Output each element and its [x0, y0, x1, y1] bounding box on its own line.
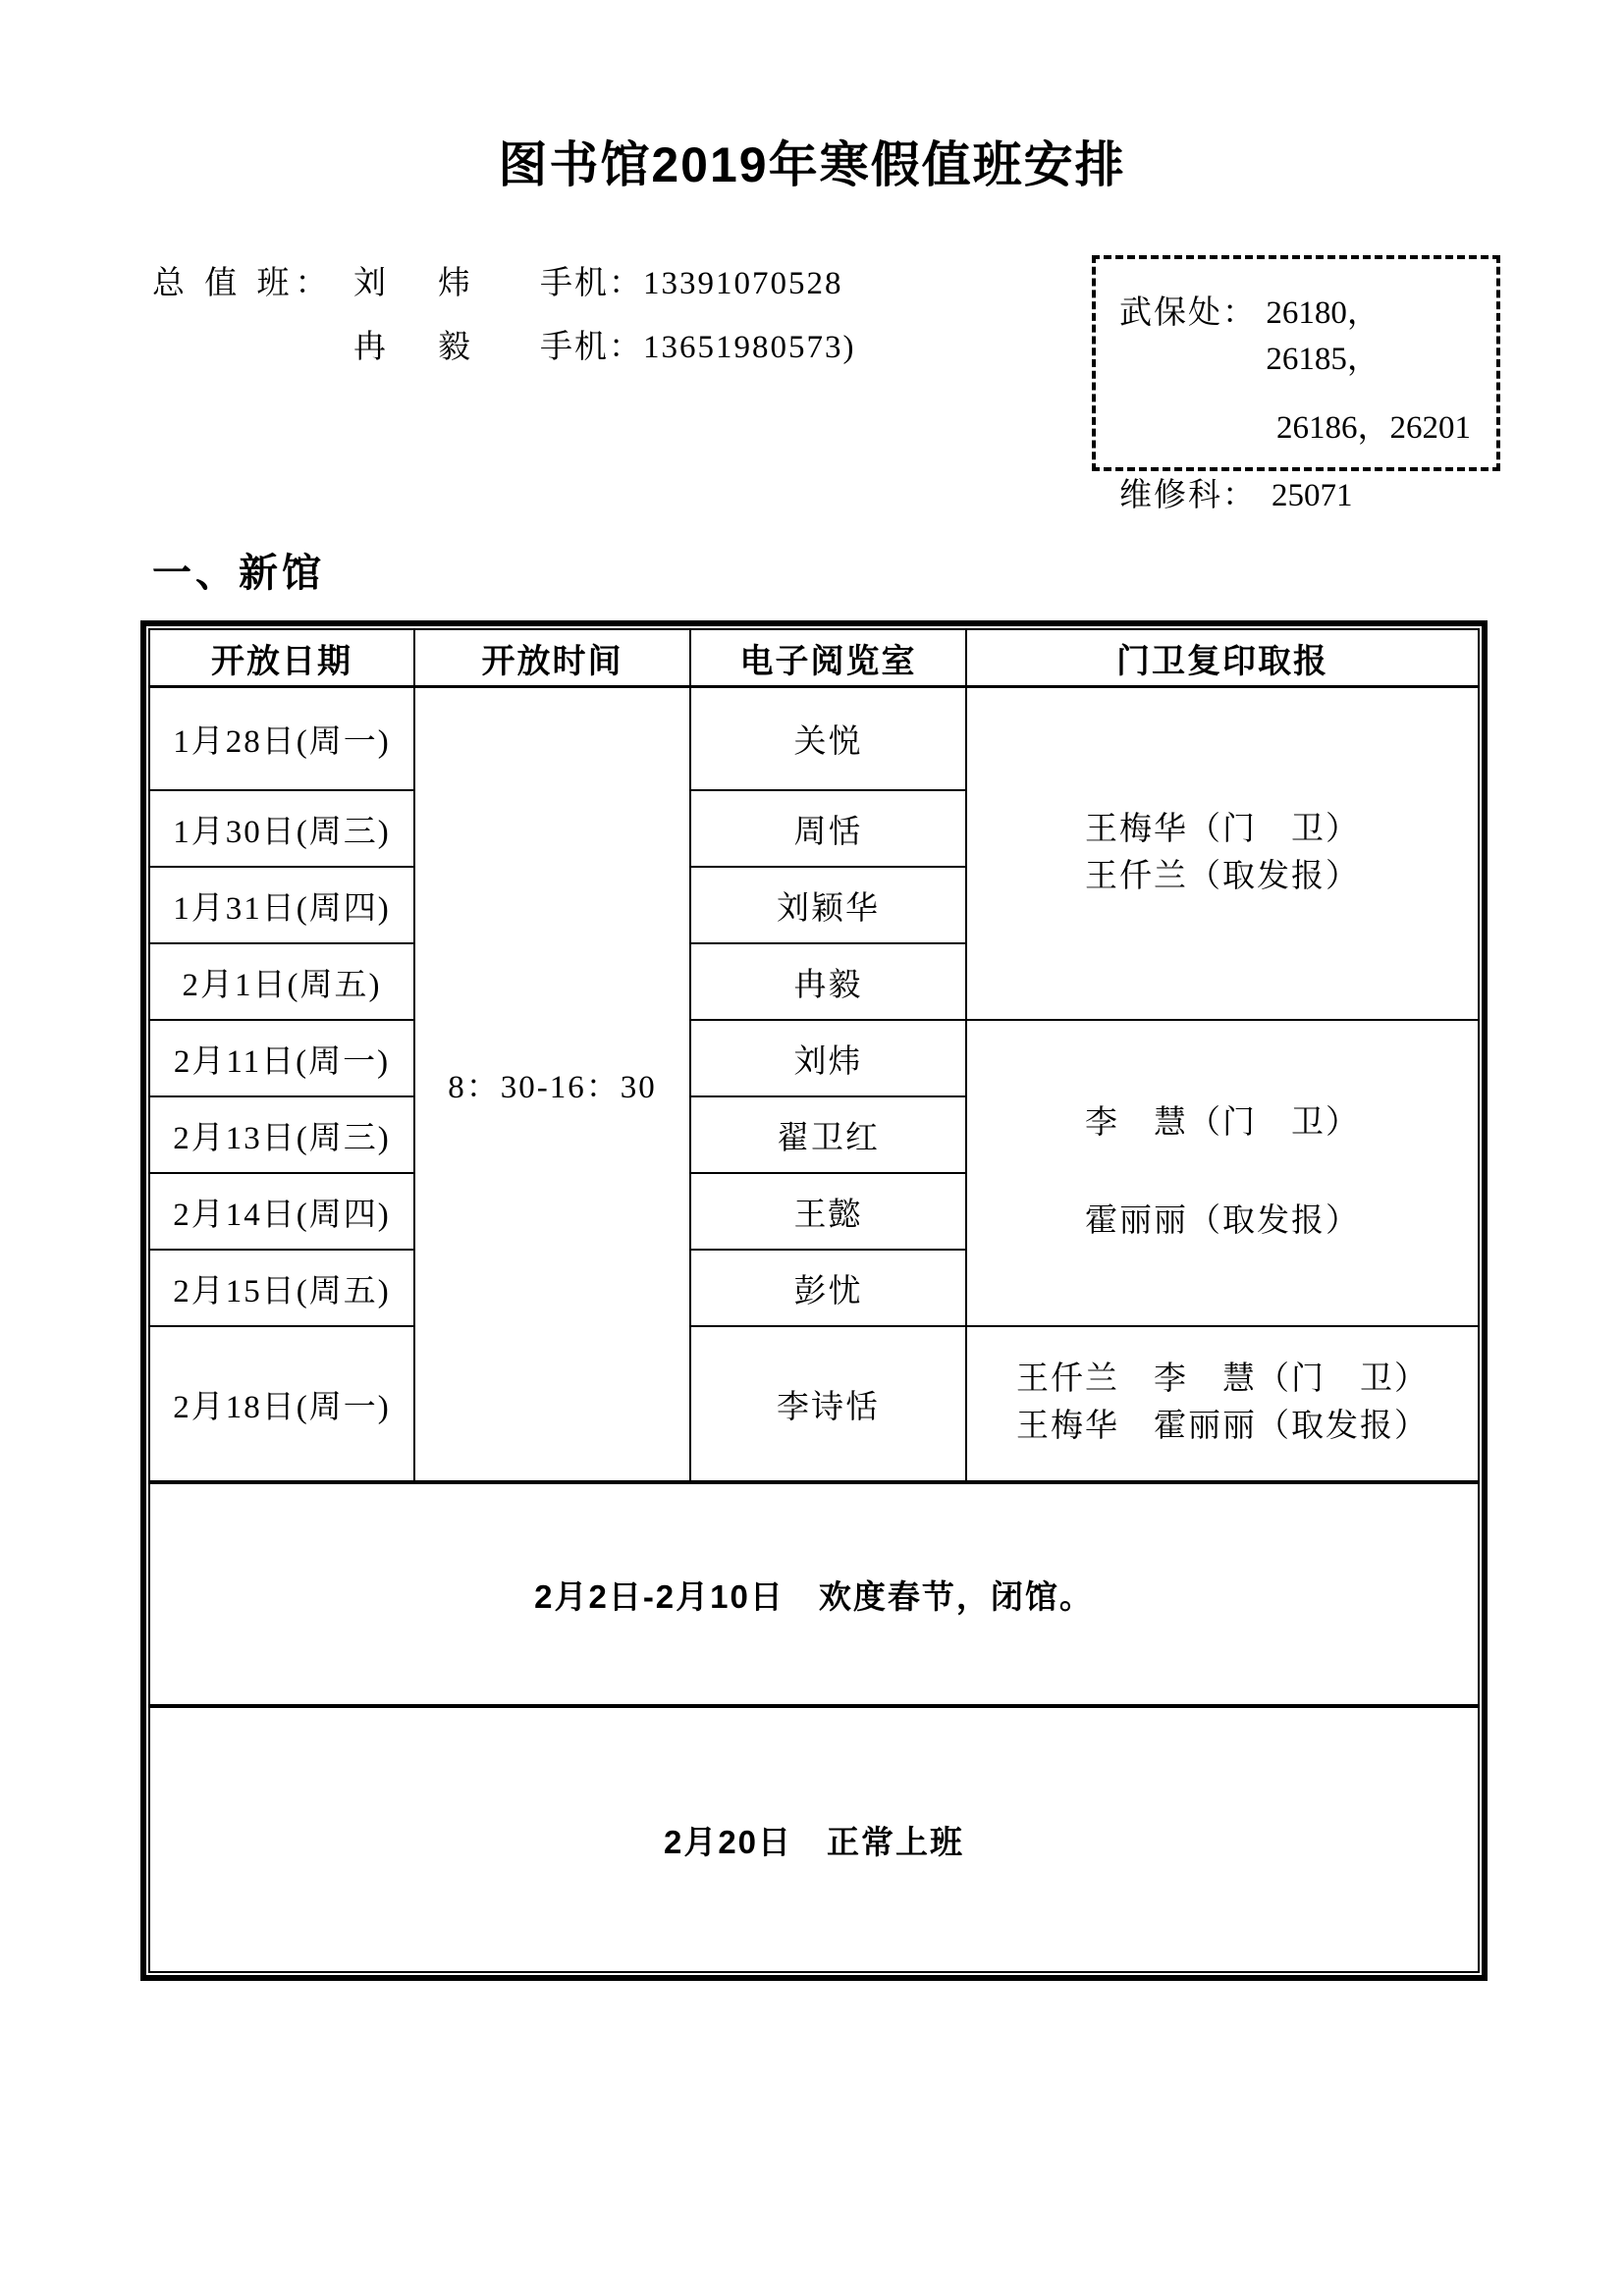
duty-label: 总 值 班：: [152, 257, 353, 303]
name-cell: 翟卫红: [690, 1096, 966, 1173]
security-office-line: 武保处： 26180，26185，: [1119, 287, 1485, 379]
notice-row-closed: 2月2日-2月10日 欢度春节，闭馆。: [149, 1482, 1479, 1706]
guard-line: 王梅华（门 卫）: [967, 807, 1478, 854]
name-cell: 冉毅: [690, 943, 966, 1020]
guard-line: 王仟兰 李 慧（门 卫）: [967, 1357, 1478, 1404]
guard-cell-group-1: 王梅华（门 卫） 王仟兰（取发报）: [966, 687, 1479, 1021]
table-row: 2月18日(周一) 李诗恬 王仟兰 李 慧（门 卫） 王梅华 霍丽丽（取发报）: [149, 1326, 1479, 1482]
header-open-date: 开放日期: [149, 629, 414, 687]
name-cell: 彭忧: [690, 1250, 966, 1326]
duty-info: 总 值 班： 刘 炜 手机：13391070528 冉 毅 手机：1365198…: [152, 257, 856, 385]
date-cell: 2月14日(周四): [149, 1173, 414, 1250]
guard-cell-group-2: 李 慧（门 卫） 霍丽丽（取发报）: [966, 1020, 1479, 1326]
date-cell: 1月31日(周四): [149, 867, 414, 943]
date-cell: 1月28日(周一): [149, 687, 414, 791]
table-row: 1月28日(周一) 8：30-16：30 关悦 王梅华（门 卫） 王仟兰（取发报…: [149, 687, 1479, 791]
header-row: 开放日期 开放时间 电子阅览室 门卫复印取报: [149, 629, 1479, 687]
date-cell: 2月18日(周一): [149, 1326, 414, 1482]
duty-line-1: 总 值 班： 刘 炜 手机：13391070528: [152, 257, 856, 321]
schedule-table-frame: 开放日期 开放时间 电子阅览室 门卫复印取报 1月28日(周一) 8：30-16…: [140, 620, 1488, 1981]
duty-phone-1: 手机：13391070528: [540, 257, 843, 303]
security-office-label: 武保处：: [1119, 287, 1266, 333]
name-cell: 周恬: [690, 790, 966, 867]
name-cell: 刘炜: [690, 1020, 966, 1096]
name-cell: 李诗恬: [690, 1326, 966, 1482]
maintenance-number: 25071: [1272, 478, 1353, 514]
open-time-cell: 8：30-16：30: [414, 687, 690, 1483]
header-ereading-room: 电子阅览室: [690, 629, 966, 687]
security-office-numbers-2: 26186，26201: [1276, 401, 1471, 448]
date-cell: 1月30日(周三): [149, 790, 414, 867]
maintenance-line: 维修科： 25071: [1119, 469, 1485, 515]
security-office-line-2: 26186，26201: [1119, 401, 1485, 448]
name-cell: 关悦: [690, 687, 966, 791]
name-cell: 王懿: [690, 1173, 966, 1250]
date-cell: 2月13日(周三): [149, 1096, 414, 1173]
duty-name-1: 刘 炜: [353, 257, 515, 303]
duty-name-2: 冉 毅: [353, 321, 515, 367]
header-open-time: 开放时间: [414, 629, 690, 687]
date-cell: 2月11日(周一): [149, 1020, 414, 1096]
guard-line: 王梅华 霍丽丽（取发报）: [967, 1404, 1478, 1451]
name-cell: 刘颖华: [690, 867, 966, 943]
notice-row-work: 2月20日 正常上班: [149, 1706, 1479, 1972]
guard-line: 李 慧（门 卫）: [967, 1100, 1478, 1148]
header-guard-copy: 门卫复印取报: [966, 629, 1479, 687]
table-row: 2月11日(周一) 刘炜 李 慧（门 卫） 霍丽丽（取发报）: [149, 1020, 1479, 1096]
date-cell: 2月15日(周五): [149, 1250, 414, 1326]
maintenance-label: 维修科：: [1119, 469, 1272, 515]
schedule-table: 开放日期 开放时间 电子阅览室 门卫复印取报 1月28日(周一) 8：30-16…: [148, 628, 1480, 1973]
emergency-contact-box: 武保处： 26180，26185， 26186，26201 维修科： 25071: [1092, 255, 1500, 471]
page-title: 图书馆2019年寒假值班安排: [0, 126, 1624, 196]
duty-phone-2: 手机：13651980573): [540, 321, 856, 367]
document-page: 图书馆2019年寒假值班安排 总 值 班： 刘 炜 手机：13391070528…: [0, 0, 1624, 2296]
date-cell: 2月1日(周五): [149, 943, 414, 1020]
duty-line-2: 冉 毅 手机：13651980573): [152, 321, 856, 385]
guard-cell-group-3: 王仟兰 李 慧（门 卫） 王梅华 霍丽丽（取发报）: [966, 1326, 1479, 1482]
security-office-numbers-1: 26180，26185，: [1266, 287, 1485, 379]
notice-work-cell: 2月20日 正常上班: [149, 1706, 1479, 1972]
section-heading: 一、新馆: [152, 542, 325, 598]
guard-line: 霍丽丽（取发报）: [967, 1199, 1478, 1246]
notice-closed-cell: 2月2日-2月10日 欢度春节，闭馆。: [149, 1482, 1479, 1706]
guard-line: 王仟兰（取发报）: [967, 854, 1478, 901]
